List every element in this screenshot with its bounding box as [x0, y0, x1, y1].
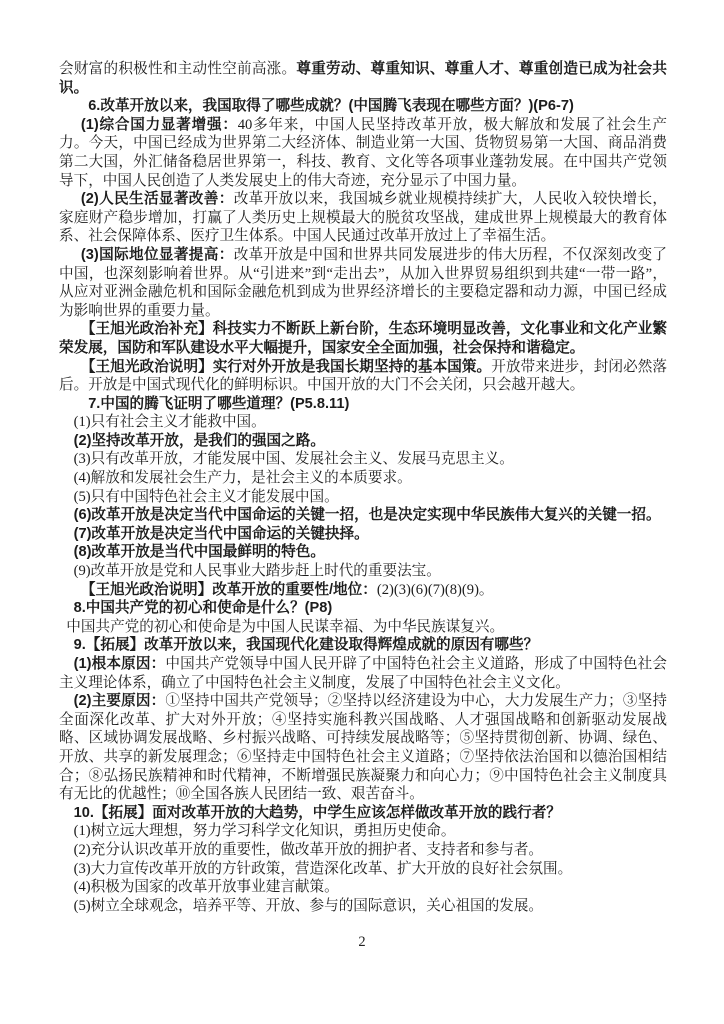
text-run-bold: 【王旭光政治说明】改革开放的重要性/地位：: [81, 582, 377, 598]
text-run: (5)只有中国特色社会主义才能发展中国。: [74, 489, 339, 505]
paragraph: (7)改革开放是决定当代中国命运的关键抉择。: [59, 525, 667, 544]
text-run-bold: 8.中国共产党的初心和使命是什么？(P8): [74, 600, 333, 616]
paragraph: (4)解放和发展社会生产力，是社会主义的本质要求。: [59, 469, 667, 488]
text-run: (2)(3)(6)(7)(8)(9)。: [377, 582, 494, 598]
text-run-bold: (3)国际地位显著提高：: [81, 247, 234, 263]
paragraph: (2)人民生活显著改善：改革开放以来，我国城乡就业规模持续扩大，人民收入较快增长…: [59, 190, 667, 246]
paragraph: 会财富的积极性和主动性空前高涨。尊重劳动、尊重知识、尊重人才、尊重创造已成为社会…: [59, 60, 667, 97]
text-run-bold: (1)根本原因：: [74, 656, 166, 672]
text-run-bold: 【王旭光政治补充】: [81, 321, 213, 337]
paragraph: (6)改革开放是决定当代中国命运的关键一招，也是决定实现中华民族伟大复兴的关键一…: [59, 506, 667, 525]
text-run: (3)大力宣传改革开放的方针政策，营造深化改革、扩大开放的良好社会氛围。: [74, 861, 573, 877]
text-run-bold: 9.【拓展】改革开放以来，我国现代化建设取得辉煌成就的原因有哪些？: [74, 637, 539, 653]
paragraph: (2)主要原因：①坚持中国共产党领导；②坚持以经济建设为中心，大力发展生产力；③…: [59, 692, 667, 804]
paragraph: (9)改革开放是党和人民事业大踏步赶上时代的重要法宝。: [59, 562, 667, 581]
paragraph: 【王旭光政治补充】科技实力不断跃上新台阶，生态环境明显改善，文化事业和文化产业繁…: [59, 320, 667, 357]
page-number: 2: [0, 934, 724, 951]
paragraph: (3)国际地位显著提高：改革开放是中国和世界共同发展进步的伟大历程，不仅深刻改变…: [59, 246, 667, 320]
document-page: 会财富的积极性和主动性空前高涨。尊重劳动、尊重知识、尊重人才、尊重创造已成为社会…: [0, 0, 724, 1024]
text-run: 中国共产党的初心和使命是为中国人民谋幸福、为中华民族谋复兴。: [66, 619, 504, 635]
paragraph: 【王旭光政治说明】实行对外开放是我国长期坚持的基本国策。开放带来进步，封闭必然落…: [59, 358, 667, 395]
paragraph: 7.中国的腾飞证明了哪些道理？(P5.8.11): [59, 395, 667, 414]
text-run: (5)树立全球观念，培养平等、开放、参与的国际意识，关心祖国的发展。: [74, 898, 543, 914]
text-run-bold: 10.【拓展】面对改革开放的大趋势，中学生应该怎样做改革开放的践行者？: [74, 805, 561, 821]
text-run-bold: (2)坚持改革开放，是我们的强国之路。: [74, 433, 325, 449]
text-run: 会财富的积极性和主动性空前高涨。: [59, 61, 296, 77]
paragraph: 8.中国共产党的初心和使命是什么？(P8): [59, 599, 667, 618]
paragraph: (5)树立全球观念，培养平等、开放、参与的国际意识，关心祖国的发展。: [59, 897, 667, 916]
paragraph: (1)只有社会主义才能救中国。: [59, 413, 667, 432]
paragraph: 中国共产党的初心和使命是为中国人民谋幸福、为中华民族谋复兴。: [59, 618, 667, 637]
text-run-bold: 6.改革开放以来，我国取得了哪些成就？(中国腾飞表现在哪些方面？)(P6-7): [88, 98, 574, 114]
text-run: (4)积极为国家的改革开放事业建言献策。: [74, 879, 339, 895]
text-run-bold: (2)人民生活显著改善：: [81, 191, 234, 207]
text-run: (9)改革开放是党和人民事业大踏步赶上时代的重要法宝。: [74, 563, 441, 579]
text-run: (4)解放和发展社会生产力，是社会主义的本质要求。: [74, 470, 412, 486]
paragraph: (1)根本原因：中国共产党领导中国人民开辟了中国特色社会主义道路，形成了中国特色…: [59, 655, 667, 692]
paragraph: (2)充分认识改革开放的重要性，做改革开放的拥护者、支持者和参与者。: [59, 841, 667, 860]
text-run-bold: (8)改革开放是当代中国最鲜明的特色。: [74, 544, 325, 560]
text-run: ①坚持中国共产党领导；②坚持以经济建设为中心，大力发展生产力；③坚持全面深化改革…: [59, 693, 667, 802]
text-run: (1)只有社会主义才能救中国。: [74, 414, 266, 430]
text-run: (1)树立远大理想，努力学习科学文化知识，勇担历史使命。: [74, 823, 456, 839]
paragraph: (1)综合国力显著增强：40多年来，中国人民坚持改革开放，极大解放和发展了社会生…: [59, 116, 667, 190]
text-run: (2)充分认识改革开放的重要性，做改革开放的拥护者、支持者和参与者。: [74, 842, 543, 858]
document-body: 会财富的积极性和主动性空前高涨。尊重劳动、尊重知识、尊重人才、尊重创造已成为社会…: [59, 60, 667, 915]
paragraph: (1)树立远大理想，努力学习科学文化知识，勇担历史使命。: [59, 822, 667, 841]
text-run-bold: (1)综合国力显著增强：: [81, 117, 238, 133]
paragraph: 6.改革开放以来，我国取得了哪些成就？(中国腾飞表现在哪些方面？)(P6-7): [59, 97, 667, 116]
paragraph: (4)积极为国家的改革开放事业建言献策。: [59, 878, 667, 897]
paragraph: 10.【拓展】面对改革开放的大趋势，中学生应该怎样做改革开放的践行者？: [59, 804, 667, 823]
text-run: (3)只有改革开放，才能发展中国、发展社会主义、发展马克思主义。: [74, 451, 514, 467]
paragraph: (5)只有中国特色社会主义才能发展中国。: [59, 488, 667, 507]
text-run-bold: 【王旭光政治说明】实行对外开放是我国长期坚持的基本国策。: [81, 359, 491, 375]
text-run-bold: (2)主要原因：: [74, 693, 166, 709]
paragraph: (3)大力宣传改革开放的方针政策，营造深化改革、扩大开放的良好社会氛围。: [59, 860, 667, 879]
paragraph: (8)改革开放是当代中国最鲜明的特色。: [59, 543, 667, 562]
paragraph: (3)只有改革开放，才能发展中国、发展社会主义、发展马克思主义。: [59, 450, 667, 469]
text-run-bold: (7)改革开放是决定当代中国命运的关键抉择。: [74, 526, 369, 542]
paragraph: 9.【拓展】改革开放以来，我国现代化建设取得辉煌成就的原因有哪些？: [59, 636, 667, 655]
paragraph: (2)坚持改革开放，是我们的强国之路。: [59, 432, 667, 451]
text-run-bold: 7.中国的腾飞证明了哪些道理？(P5.8.11): [88, 396, 349, 412]
paragraph: 【王旭光政治说明】改革开放的重要性/地位：(2)(3)(6)(7)(8)(9)。: [59, 581, 667, 600]
text-run-bold: (6)改革开放是决定当代中国命运的关键一招，也是决定实现中华民族伟大复兴的关键一…: [74, 507, 661, 523]
